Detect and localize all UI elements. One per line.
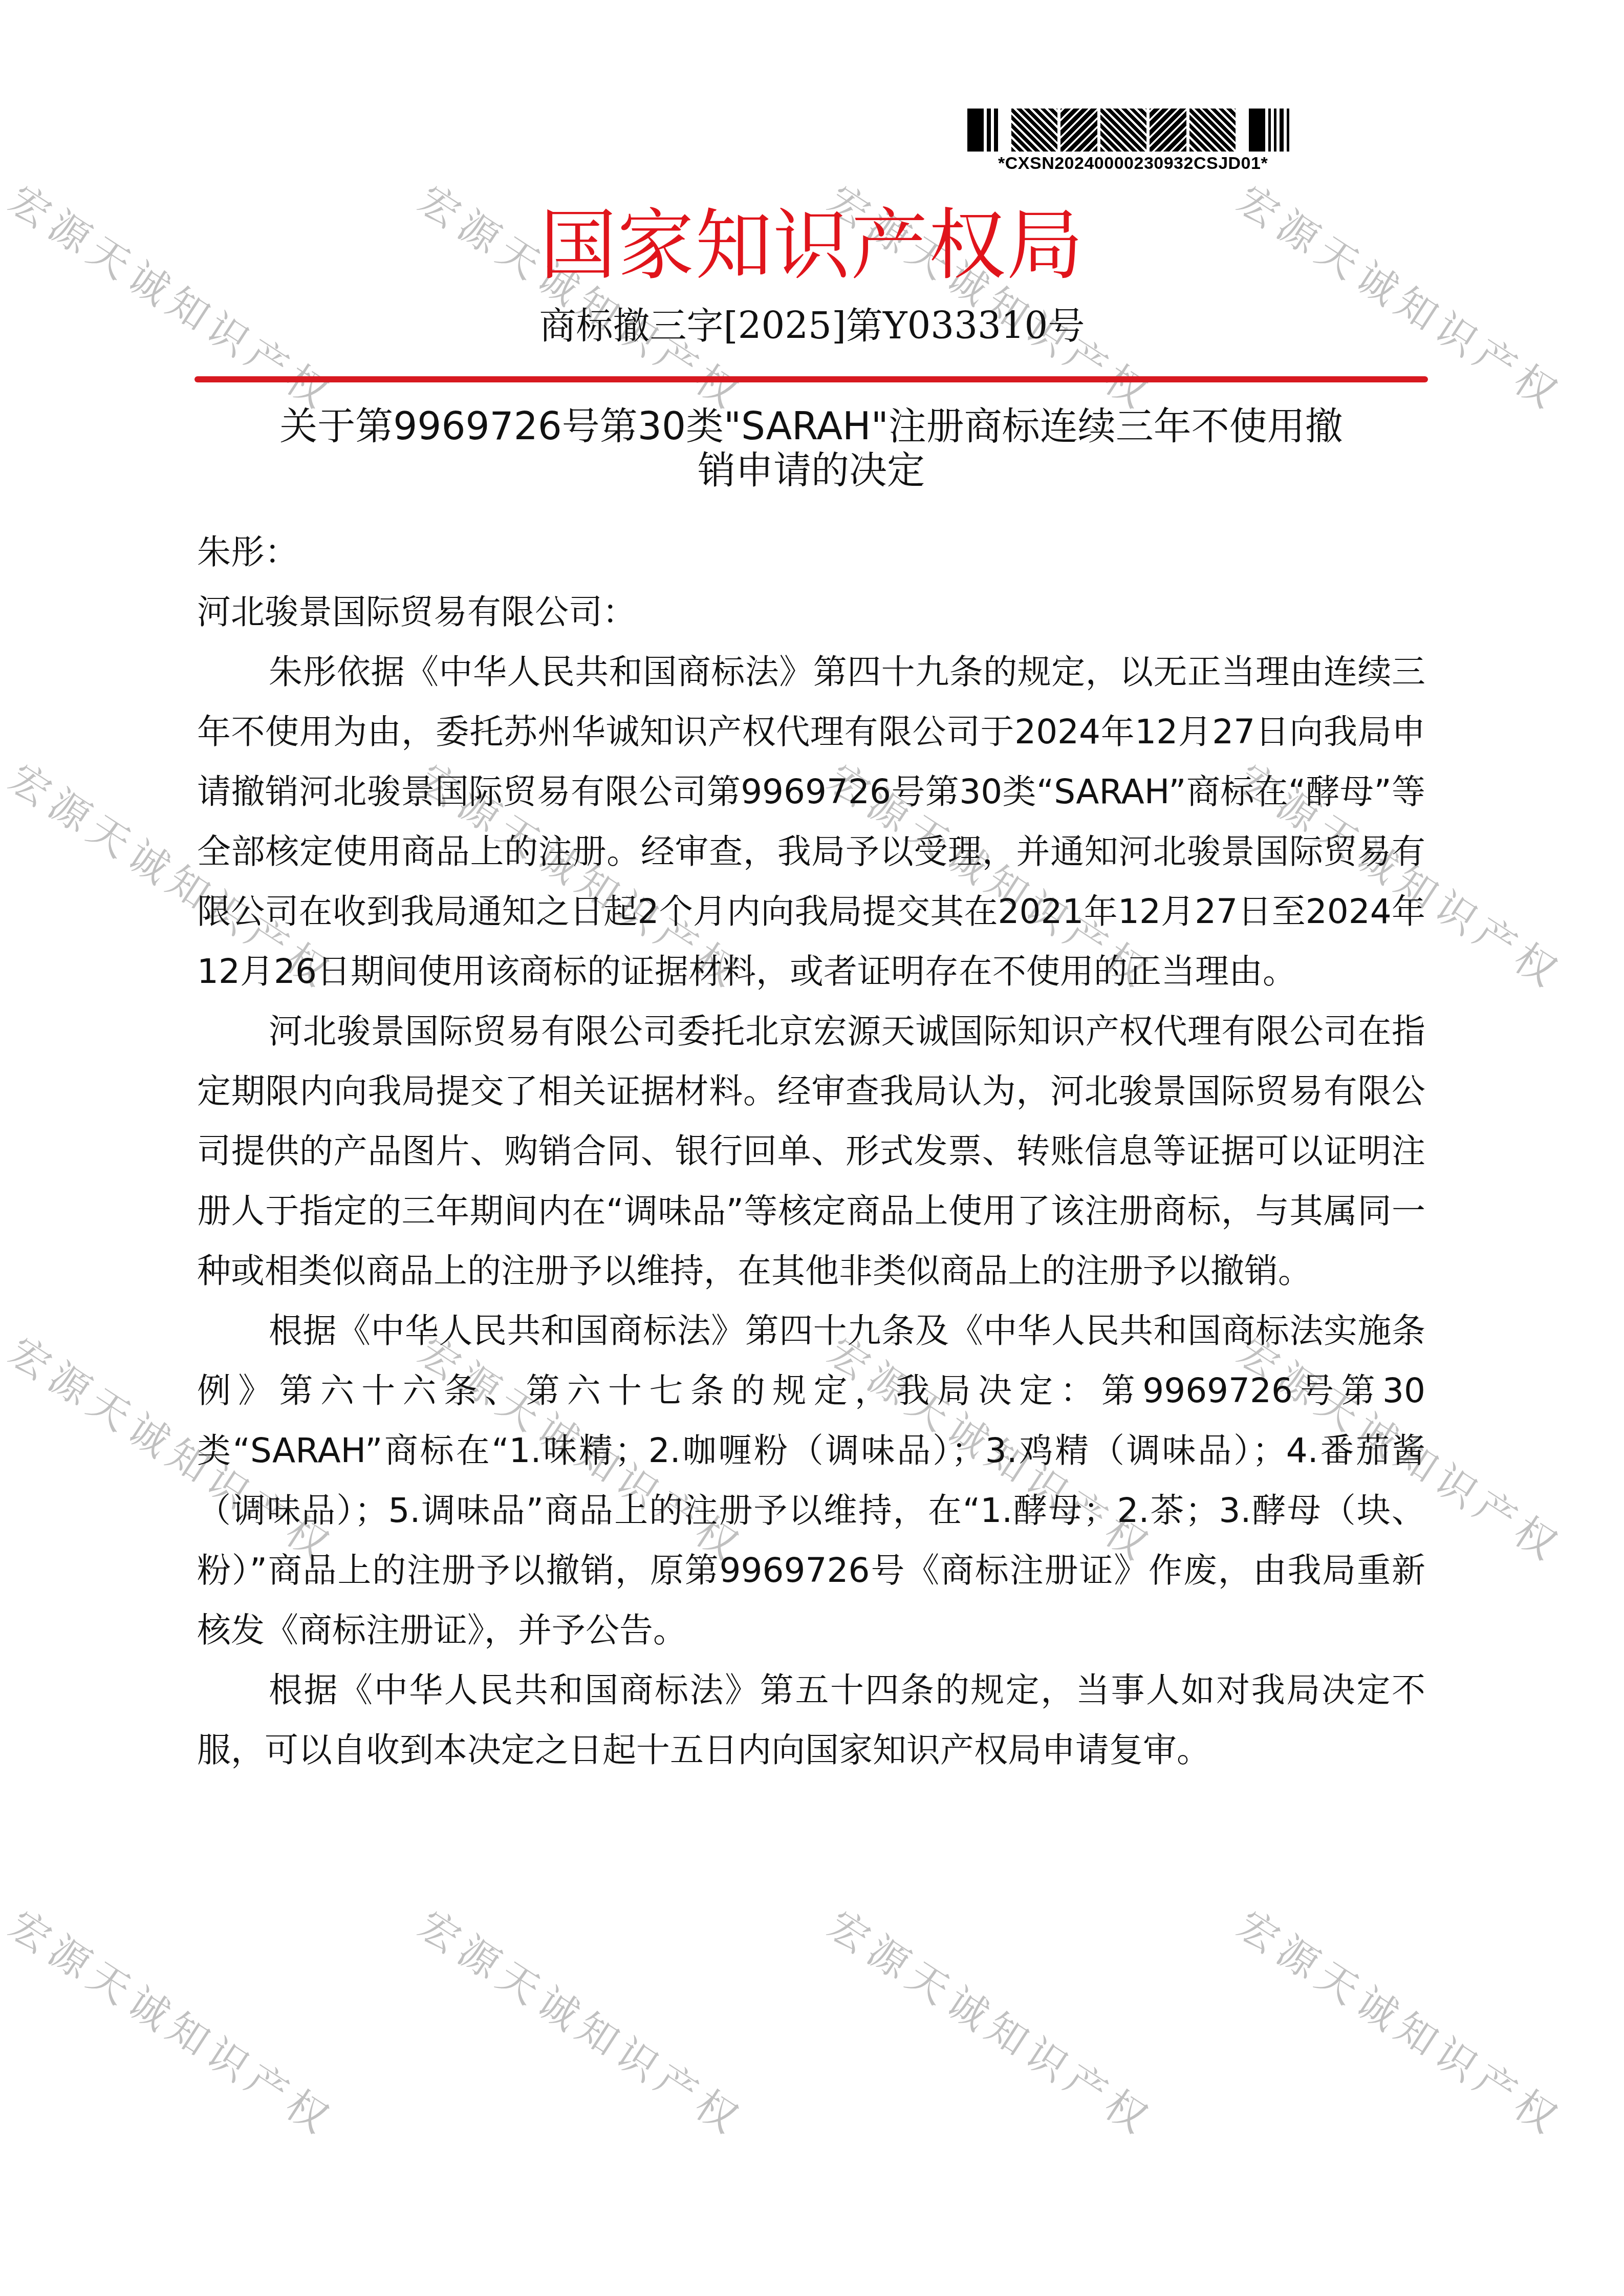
agency-name: 国家知识产权局 <box>0 207 1624 284</box>
watermark-text: 宏源天诚知识产权 <box>1228 1894 1575 2148</box>
barcode-graphic <box>967 109 1377 152</box>
document-body: 朱彤： 河北骏景国际贸易有限公司： 朱彤依据《中华人民共和国商标法》第四十九条的… <box>197 522 1425 1780</box>
paragraph-appeal: 根据《中华人民共和国商标法》第五十四条的规定，当事人如对我局决定不服，可以自收到… <box>197 1660 1425 1780</box>
paragraph-application: 朱彤依据《中华人民共和国商标法》第四十九条的规定，以无正当理由连续三年不使用为由… <box>197 642 1425 1001</box>
paragraph-decision: 根据《中华人民共和国商标法》第四十九条及《中华人民共和国商标法实施条例》第六十六… <box>197 1301 1425 1660</box>
addressee-registrant: 河北骏景国际贸易有限公司： <box>197 582 1425 642</box>
document-number: 商标撤三字[2025]第Y033310号 <box>0 307 1624 344</box>
paragraph-evidence: 河北骏景国际贸易有限公司委托北京宏源天诚国际知识产权代理有限公司在指定期限内向我… <box>197 1001 1425 1301</box>
watermark-text: 宏源天诚知识产权 <box>818 1894 1165 2148</box>
watermark-text: 宏源天诚知识产权 <box>0 1894 347 2148</box>
document-page: 宏源天诚知识产权 宏源天诚知识产权 宏源天诚知识产权 宏源天诚知识产权 宏源天诚… <box>0 0 1624 2296</box>
title-line-2: 销申请的决定 <box>194 448 1428 492</box>
title-line-1: 关于第9969726号第30类"SARAH"注册商标连续三年不使用撤 <box>194 404 1428 448</box>
barcode: *CXSN20240000230932CSJD01* <box>967 109 1377 174</box>
red-divider <box>194 376 1428 382</box>
watermark-text: 宏源天诚知识产权 <box>409 1894 756 2148</box>
document-title: 关于第9969726号第30类"SARAH"注册商标连续三年不使用撤 销申请的决… <box>194 404 1428 492</box>
addressee-applicant: 朱彤： <box>197 522 1425 582</box>
barcode-number: *CXSN20240000230932CSJD01* <box>967 154 1377 174</box>
